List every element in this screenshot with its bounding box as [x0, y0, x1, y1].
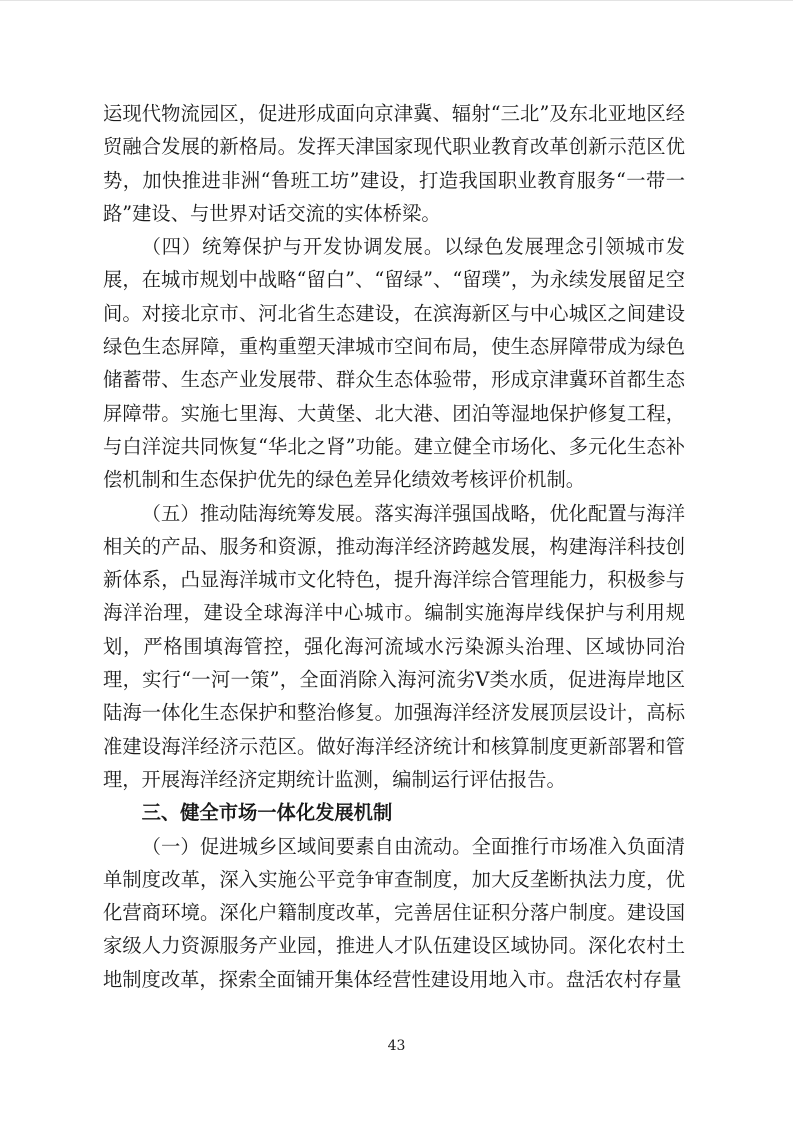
item-5-paragraph: （五）推动陆海统筹发展。落实海洋强国战略，优化配置与海洋相关的产品、服务和资源，…	[103, 497, 685, 797]
item-4-paragraph: （四）统筹保护与开发协调发展。以绿色发展理念引领城市发展，在城市规划中战略“留白…	[103, 230, 685, 496]
section-3-heading: 三、健全市场一体化发展机制	[103, 796, 685, 829]
text-block: 运现代物流园区，促进形成面向京津冀、辐射“三北”及东北亚地区经贸融合发展的新格局…	[103, 97, 685, 996]
item-1-paragraph: （一）促进城乡区域间要素自由流动。全面推行市场准入负面清单制度改革，深入实施公平…	[103, 830, 685, 996]
page-number: 43	[0, 1037, 793, 1055]
continuation-paragraph: 运现代物流园区，促进形成面向京津冀、辐射“三北”及东北亚地区经贸融合发展的新格局…	[103, 97, 685, 230]
document-page: 运现代物流园区，促进形成面向京津冀、辐射“三北”及东北亚地区经贸融合发展的新格局…	[0, 0, 793, 1123]
